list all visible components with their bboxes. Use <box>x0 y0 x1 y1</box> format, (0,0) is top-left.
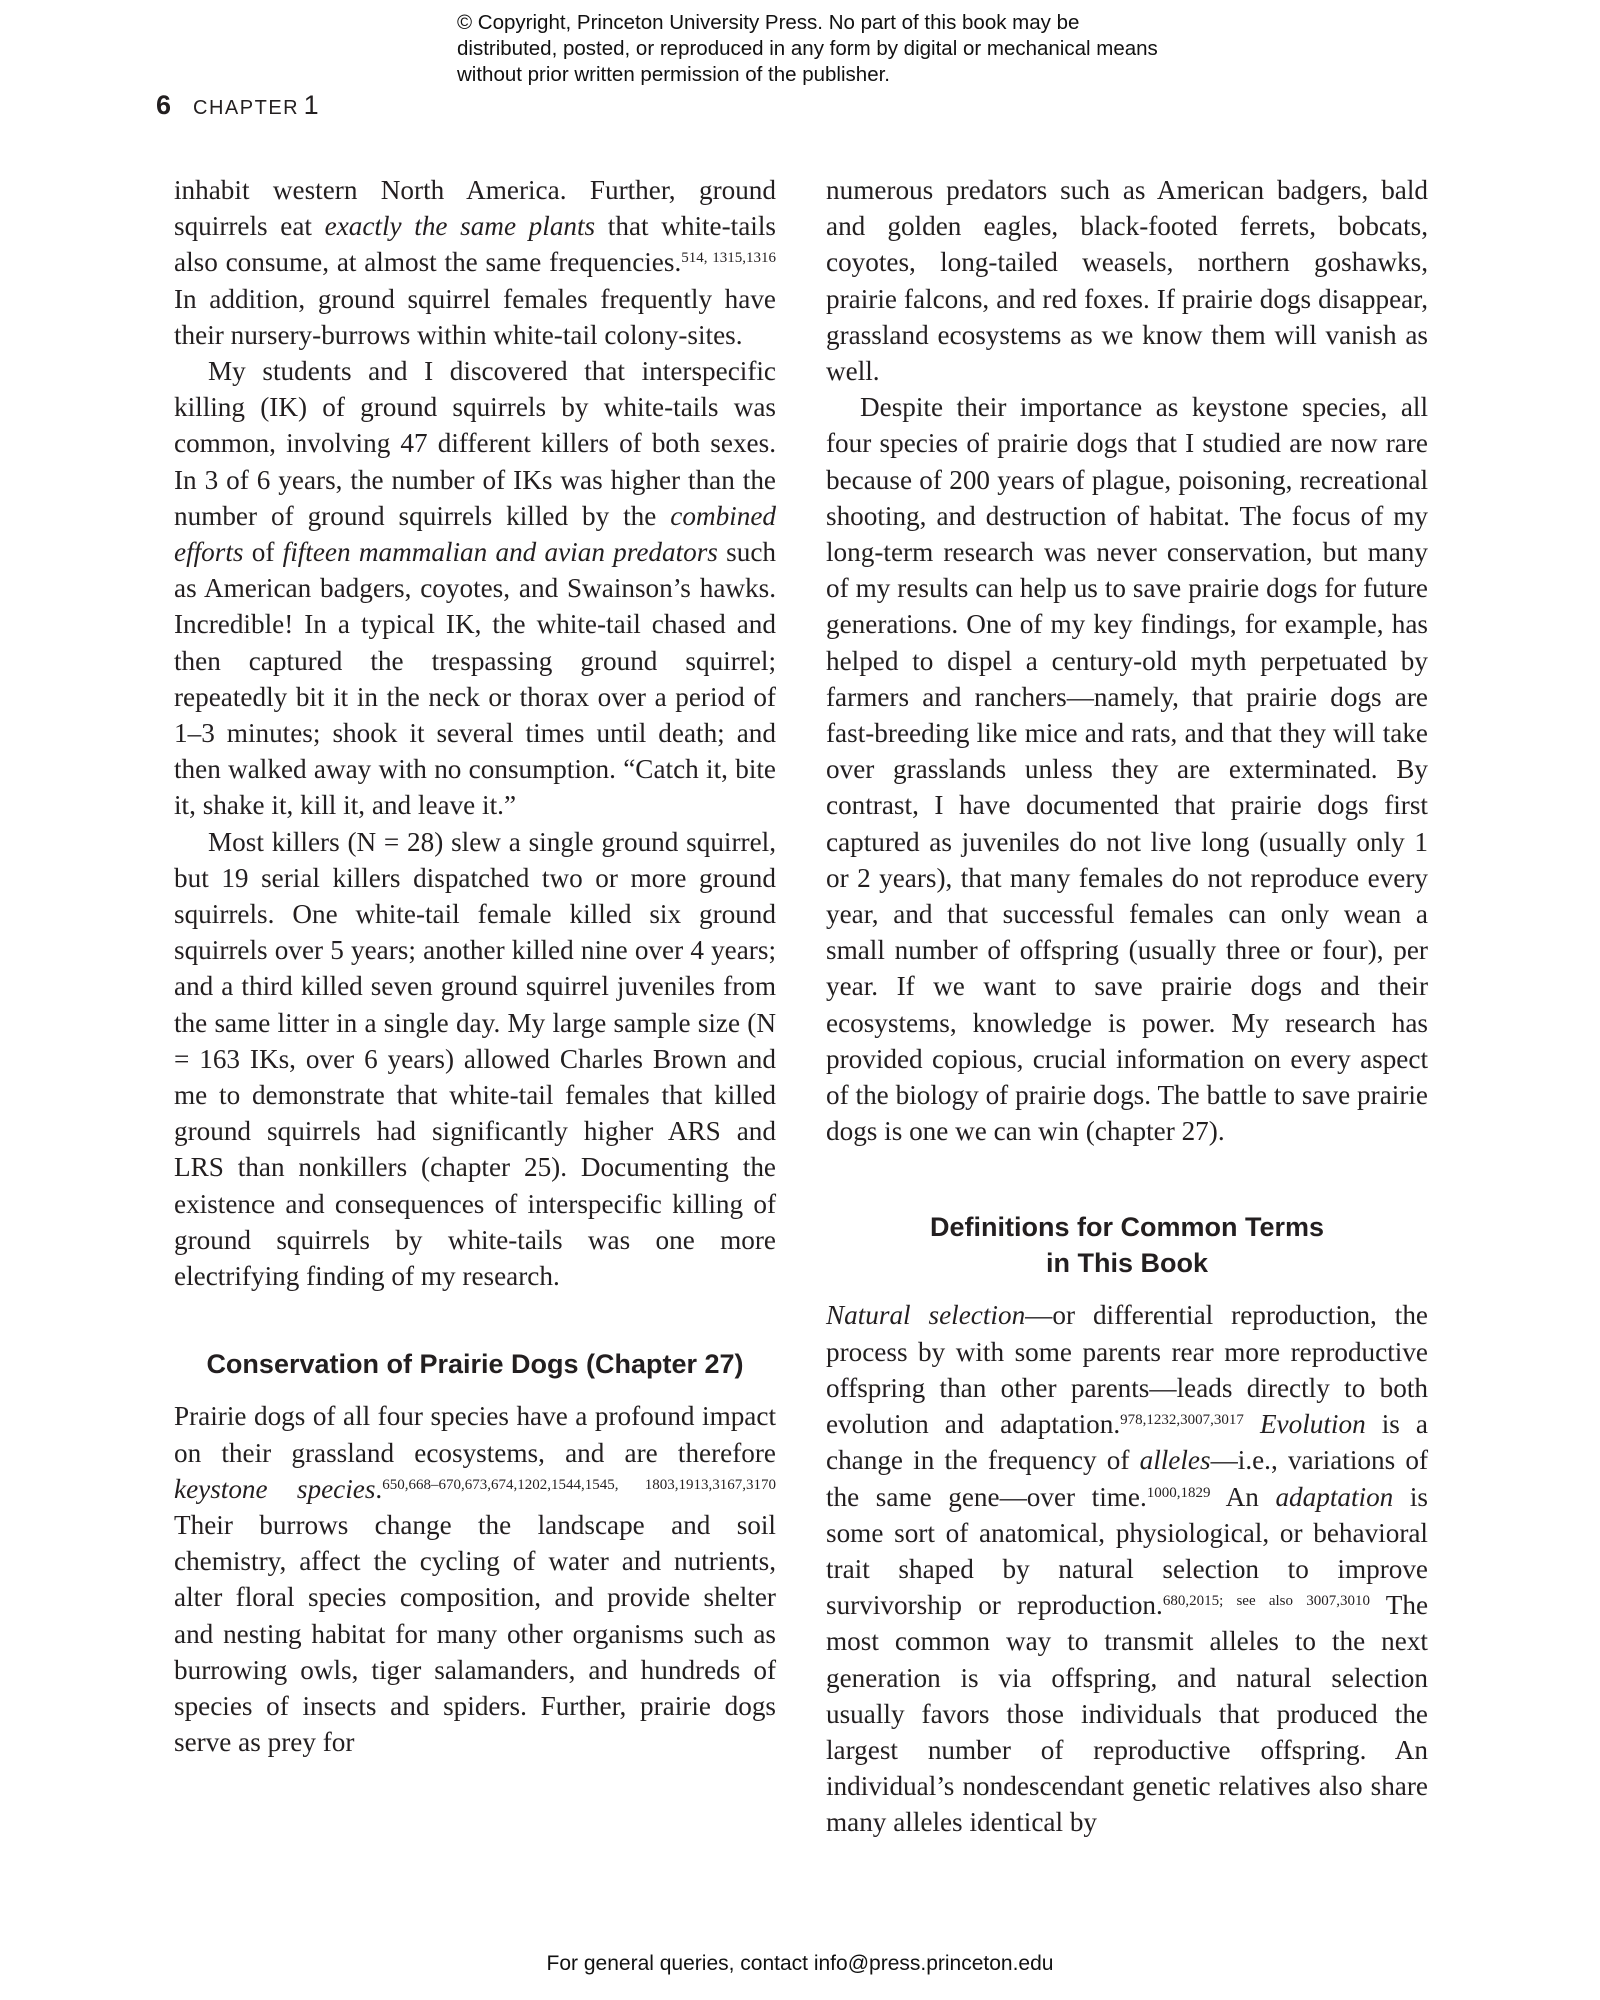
right-column: numerous predators such as American badg… <box>826 172 1428 1841</box>
running-head: 6CHAPTER 1 <box>156 90 319 121</box>
text-run: An <box>1211 1482 1276 1512</box>
paragraph: Most killers (N = 28) slew a single grou… <box>174 824 776 1295</box>
page-number: 6 <box>156 90 171 120</box>
citation-superscript: 680,2015; see also 3007,3010 <box>1163 1593 1370 1609</box>
text-run: such as American badgers, coyotes, and S… <box>174 537 776 820</box>
paragraph: Despite their importance as keystone spe… <box>826 389 1428 1149</box>
text-run: The most common way to transmit alleles … <box>826 1590 1428 1837</box>
paragraph: Natural selection—or differential reprod… <box>826 1297 1428 1840</box>
left-column: inhabit western North America. Further, … <box>174 172 776 1760</box>
text-run: of <box>243 537 282 567</box>
emphasis: Evolution <box>1260 1409 1366 1439</box>
paragraph: numerous predators such as American badg… <box>826 172 1428 389</box>
citation-superscript: 978,1232,3007,3017 <box>1120 1412 1244 1428</box>
paragraph: My students and I discovered that inters… <box>174 353 776 824</box>
emphasis: keystone species <box>174 1474 375 1504</box>
text-run <box>1244 1409 1260 1439</box>
chapter-number: 1 <box>304 90 319 120</box>
citation-superscript: 514, 1315,1316 <box>681 250 776 266</box>
heading-line: Definitions for Common Terms <box>930 1212 1324 1242</box>
emphasis: Natural selection <box>826 1300 1025 1330</box>
section-heading: Conservation of Prairie Dogs (Chapter 27… <box>174 1346 776 1382</box>
citation-superscript: 650,668–670,673,674,1202,1544,1545, 1803… <box>382 1477 776 1493</box>
footer-contact: For general queries, contact info@press.… <box>0 1952 1600 1976</box>
emphasis: fifteen mammalian and avian predators <box>283 537 718 567</box>
emphasis: exactly the same plants <box>325 211 596 241</box>
emphasis: adaptation <box>1275 1482 1393 1512</box>
text-run: In addition, ground squirrel females fre… <box>174 284 776 350</box>
citation-superscript: 1000,1829 <box>1147 1485 1211 1501</box>
section-heading: Definitions for Common Termsin This Book <box>826 1209 1428 1281</box>
text-run: Prairie dogs of all four species have a … <box>174 1401 776 1467</box>
paragraph: Prairie dogs of all four species have a … <box>174 1398 776 1760</box>
emphasis: alleles <box>1140 1445 1211 1475</box>
paragraph: inhabit western North America. Further, … <box>174 172 776 353</box>
copyright-notice: © Copyright, Princeton University Press.… <box>457 10 1177 88</box>
chapter-label: CHAPTER <box>193 97 299 119</box>
heading-line: in This Book <box>1046 1248 1208 1278</box>
text-run: Their burrows change the landscape and s… <box>174 1510 776 1757</box>
